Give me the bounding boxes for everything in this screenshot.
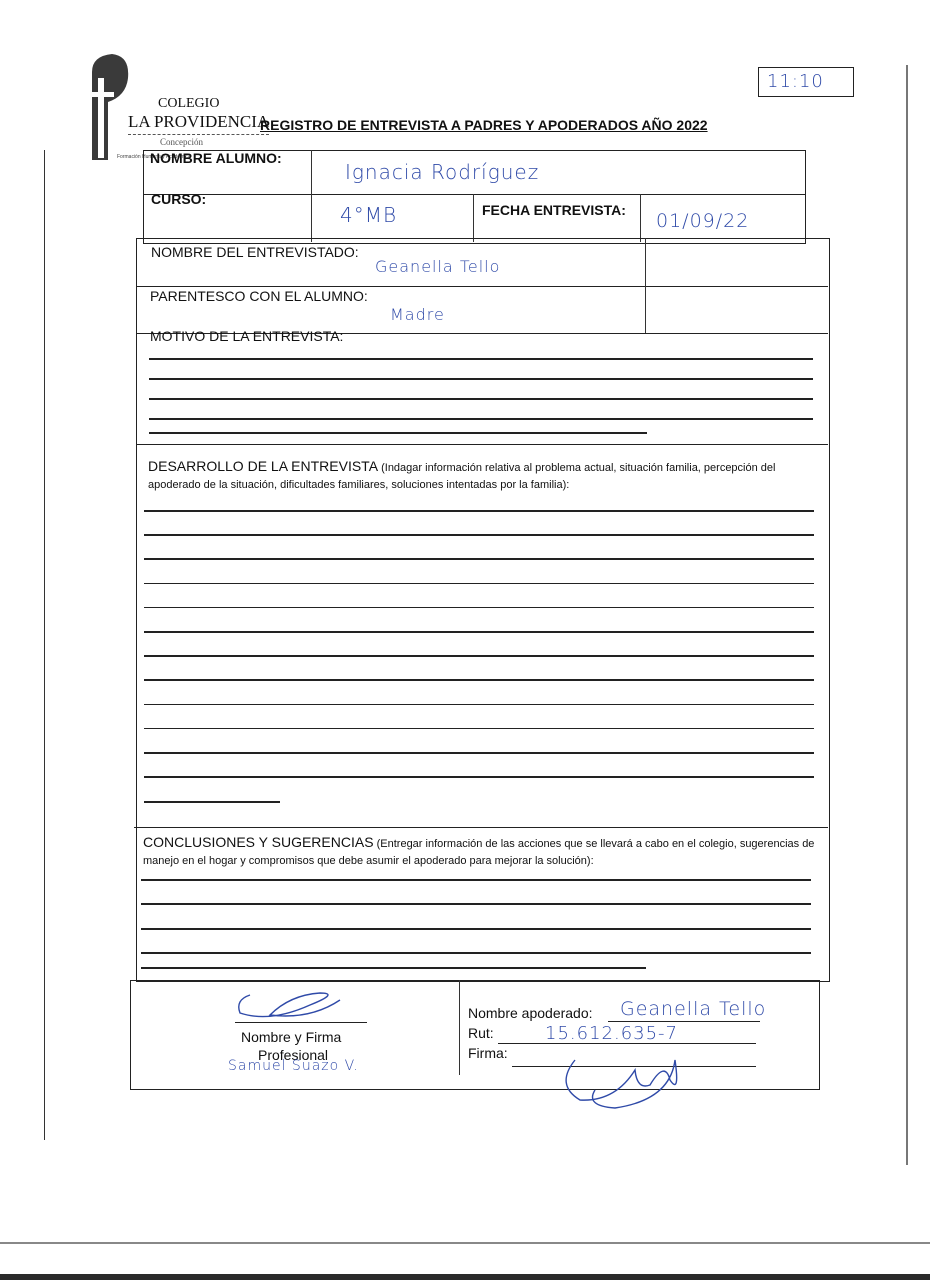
divider (640, 194, 641, 242)
divider (143, 194, 805, 195)
divider (473, 194, 474, 242)
development-line[interactable] (144, 607, 814, 609)
reason-line[interactable] (149, 418, 813, 420)
development-line[interactable] (144, 679, 814, 681)
development-line[interactable] (144, 752, 814, 754)
development-line[interactable] (144, 583, 814, 585)
form-title: REGISTRO DE ENTREVISTA A PADRES Y APODER… (260, 117, 708, 133)
interview-info-table (136, 238, 830, 982)
reason-line[interactable] (149, 378, 813, 380)
conclusions-heading: CONCLUSIONES Y SUGERENCIAS (Entregar inf… (143, 834, 819, 870)
school-prefix: COLEGIO (158, 96, 219, 112)
divider (459, 980, 460, 1075)
conclusions-line[interactable] (141, 952, 811, 954)
course-value[interactable]: 4°MB (340, 203, 397, 227)
page-right-edge (906, 65, 908, 1165)
guardian-signature-icon (555, 1040, 695, 1110)
date-value[interactable]: 01/09/22 (656, 210, 749, 232)
development-heading: DESARROLLO DE LA ENTREVISTA (Indagar inf… (148, 458, 820, 494)
development-line-short[interactable] (144, 801, 280, 803)
professional-signature-icon (230, 985, 360, 1025)
interviewee-label: NOMBRE DEL ENTREVISTADO: (151, 244, 359, 260)
scan-bottom-edge (0, 1242, 930, 1244)
reason-line[interactable] (149, 358, 813, 360)
date-label: FECHA ENTREVISTA: (482, 202, 626, 218)
development-line[interactable] (144, 510, 814, 512)
development-title: DESARROLLO DE LA ENTREVISTA (148, 458, 378, 474)
signature-label: Firma: (468, 1045, 508, 1061)
development-line[interactable] (144, 558, 814, 560)
course-label: CURSO: (151, 191, 206, 207)
relationship-value[interactable]: Madre (390, 305, 445, 324)
professional-name[interactable]: Samuel Suazo V. (228, 1058, 359, 1074)
divider (645, 238, 646, 333)
cross-logo-icon (88, 52, 132, 160)
development-line[interactable] (144, 655, 814, 657)
section-divider (134, 827, 828, 828)
conclusions-line[interactable] (141, 903, 811, 905)
rut-label: Rut: (468, 1025, 494, 1041)
conclusions-line[interactable] (141, 967, 646, 969)
divider (136, 286, 828, 287)
professional-label-1: Nombre y Firma (241, 1029, 341, 1045)
school-logo (88, 52, 132, 160)
section-divider (136, 444, 828, 445)
reason-line[interactable] (149, 432, 647, 434)
conclusions-title: CONCLUSIONES Y SUGERENCIAS (143, 834, 374, 850)
school-city: Concepción (160, 137, 203, 147)
development-line[interactable] (144, 534, 814, 536)
guardian-name-label: Nombre apoderado: (468, 1005, 593, 1021)
relationship-label: PARENTESCO CON EL ALUMNO: (150, 288, 368, 304)
development-line[interactable] (144, 631, 814, 633)
divider (311, 150, 312, 242)
student-name-label: NOMBRE ALUMNO: (150, 150, 282, 166)
page-left-edge (44, 150, 45, 1140)
interviewee-value[interactable]: Geanella Tello (375, 257, 500, 276)
development-line[interactable] (144, 704, 814, 706)
time-stamp: 11:10 (767, 71, 824, 92)
conclusions-line[interactable] (141, 928, 811, 930)
professional-signature-line[interactable] (235, 1022, 367, 1023)
development-line[interactable] (144, 728, 814, 730)
guardian-name-value[interactable]: Geanella Tello (620, 998, 766, 1020)
time-stamp-box: 11:10 (758, 67, 854, 97)
student-name-value[interactable]: Ignacia Rodríguez (345, 160, 539, 184)
reason-line[interactable] (149, 398, 813, 400)
reason-label: MOTIVO DE LA ENTREVISTA: (150, 328, 343, 344)
scan-dark-border (0, 1274, 930, 1280)
guardian-name-line[interactable] (608, 1021, 760, 1022)
development-line[interactable] (144, 776, 814, 778)
school-name: LA PROVIDENCIA (128, 112, 269, 135)
conclusions-line[interactable] (141, 879, 811, 881)
